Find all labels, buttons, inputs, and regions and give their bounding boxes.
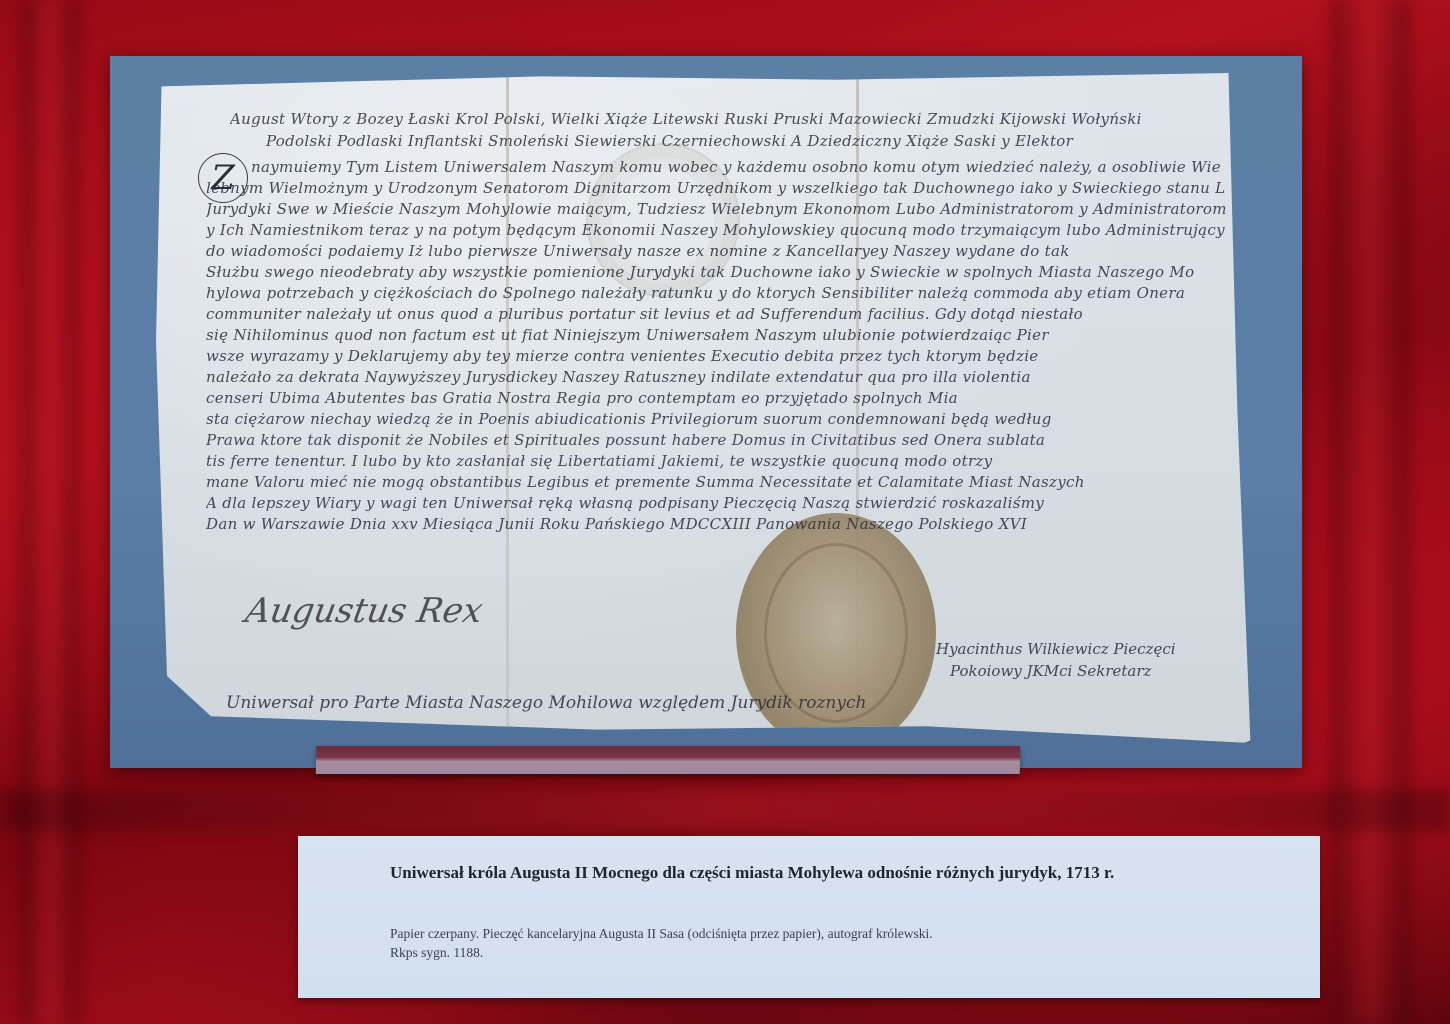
secretary-signature-line-2: Pokoiowy JKMci Sekretarz xyxy=(936,660,1176,682)
document-body-line: do wiadomości podaiemy Iż lubo pierwsze … xyxy=(206,241,1226,262)
fabric-fold xyxy=(1330,0,1410,1024)
document-endorsement: Uniwersał pro Parte Miasta Naszego Mohil… xyxy=(226,693,866,713)
document-header-line-1: August Wtory z Bozey Łaski Krol Polski, … xyxy=(230,109,1226,130)
secretary-signature: Hyacinthus Wilkiewicz Pieczęci Pokoiowy … xyxy=(936,638,1176,682)
display-stand-edge xyxy=(316,746,1020,774)
document-body-line: Dan w Warszawie Dnia xxv Miesiąca Junii … xyxy=(206,514,1226,535)
document-body-line: się Nihilominus quod non factum est ut f… xyxy=(206,325,1226,346)
document-body-line: hylowa potrzebach y ciężkościach do Spol… xyxy=(206,283,1226,304)
exhibit-caption-card: Uniwersał króla Augusta II Mocnego dla c… xyxy=(298,836,1320,998)
document-body-line: Prawa ktore tak disponit że Nobiles et S… xyxy=(206,430,1226,451)
document-body-line: sta ciężarow niechay wiedzą że in Poenis… xyxy=(206,409,1226,430)
caption-description-line-2: Rkps sygn. 1188. xyxy=(390,943,1230,962)
document-body-line: tis ferre tenentur. I lubo by kto zasłan… xyxy=(206,451,1226,472)
secretary-signature-line-1: Hyacinthus Wilkiewicz Pieczęci xyxy=(936,638,1176,660)
fabric-fold xyxy=(20,0,80,1024)
document-body-line: Służbu swego nieodebraty aby wszystkie p… xyxy=(206,262,1226,283)
document-body-line: naymuiemy Tym Listem Uniwersalem Naszym … xyxy=(251,157,1226,178)
document-body-line: należało za dekrata Naywyższey Jurysdick… xyxy=(206,367,1226,388)
caption-title: Uniwersał króla Augusta II Mocnego dla c… xyxy=(390,860,1230,885)
royal-signature: Augustus Rex xyxy=(242,591,485,631)
document-body-line: censeri Ubima Abutentes bas Gratia Nostr… xyxy=(206,388,1226,409)
document-body-line: y Ich Namiestnikom teraz y na potym będą… xyxy=(206,220,1226,241)
caption-description-line-1: Papier czerpany. Pieczęć kancelaryjna Au… xyxy=(390,924,1230,943)
historic-document: August Wtory z Bozey Łaski Krol Polski, … xyxy=(156,73,1256,743)
document-body-line: communiter należały ut onus quod a pluri… xyxy=(206,304,1226,325)
chancery-seal xyxy=(736,513,936,753)
document-body-line: A dla lepszey Wiary y wagi ten Uniwersał… xyxy=(206,493,1226,514)
document-header-line-2: Podolski Podlaski Inflantski Smoleński S… xyxy=(266,131,1226,152)
document-body-line: Jurydyki Swe w Mieście Naszym Mohylowie … xyxy=(206,199,1226,220)
document-body-line: mane Valoru mieć nie mogą obstantibus Le… xyxy=(206,472,1226,493)
document-body-line: lebnym Wielmożnym y Urodzonym Senatorom … xyxy=(206,178,1226,199)
caption-description: Papier czerpany. Pieczęć kancelaryjna Au… xyxy=(390,924,1230,962)
fabric-fold xyxy=(0,790,1450,830)
document-body-line: wsze wyrazamy y Deklarujemy aby tey mier… xyxy=(206,346,1226,367)
